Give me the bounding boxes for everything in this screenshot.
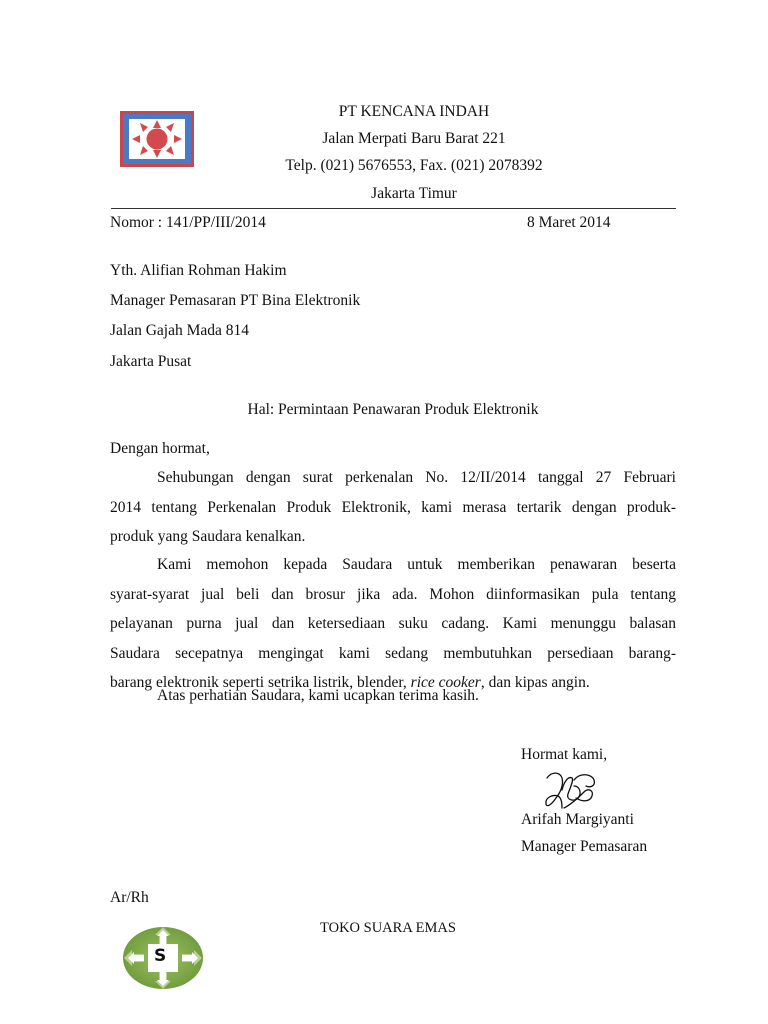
company-address: Jalan Merpati Baru Barat 221 [0, 130, 768, 148]
paragraph-3: Atas perhatian Saudara, kami ucapkan ter… [157, 687, 479, 705]
footer-company: TOKO SUARA EMAS [320, 920, 456, 937]
letter-subject: Hal: Permintaan Penawaran Produk Elektro… [110, 401, 676, 419]
recipient-address: Jalan Gajah Mada 814 [110, 322, 249, 340]
paragraph-line: produk yang Saudara kenalkan. [110, 522, 676, 552]
company-name: PT KENCANA INDAH [0, 103, 768, 121]
company-contact: Telp. (021) 5676553, Fax. (021) 2078392 [0, 157, 768, 175]
letterhead-divider [111, 208, 676, 209]
recipient-name: Yth. Alifian Rohman Hakim [110, 262, 287, 280]
signer-name: Arifah Margiyanti [521, 811, 634, 829]
letter-number: Nomor : 141/PP/III/2014 [110, 214, 266, 232]
paragraph-line: 2014 tentang Perkenalan Produk Elektroni… [110, 493, 676, 523]
paragraph-2: Kami memohon kepada Saudara untuk member… [110, 550, 676, 698]
letter-date: 8 Maret 2014 [527, 214, 611, 232]
salutation: Dengan hormat, [110, 440, 210, 458]
paragraph-line: Saudara secepatnya mengingat kami sedang… [110, 639, 676, 669]
paragraph-line: Sehubungan dengan surat perkenalan No. 1… [110, 463, 676, 493]
recipient-city: Jakarta Pusat [110, 353, 191, 371]
text-run: , dan kipas angin. [481, 674, 590, 691]
footer-logo-letter: S [154, 946, 166, 966]
signer-title: Manager Pemasaran [521, 838, 647, 856]
company-city: Jakarta Timur [0, 185, 768, 203]
handwritten-signature-icon [544, 768, 600, 812]
closing-greeting: Hormat kami, [521, 746, 607, 764]
paragraph-line: syarat-syarat jual beli dan brosur jika … [110, 580, 676, 610]
reference-initials: Ar/Rh [110, 889, 149, 907]
paragraph-1: Sehubungan dengan surat perkenalan No. 1… [110, 463, 676, 552]
paragraph-line: Kami memohon kepada Saudara untuk member… [110, 550, 676, 580]
paragraph-line: pelayanan purna jual dan ketersediaan su… [110, 609, 676, 639]
recipient-title: Manager Pemasaran PT Bina Elektronik [110, 292, 360, 310]
